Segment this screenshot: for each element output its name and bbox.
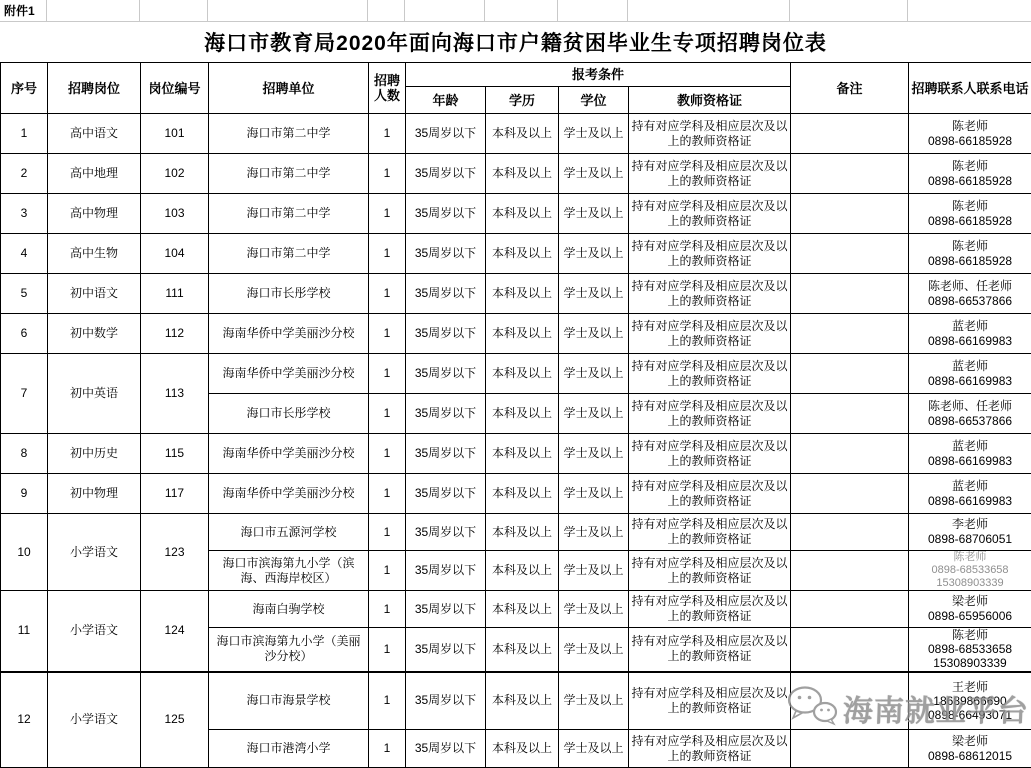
col-header-index: 序号 <box>1 63 48 114</box>
cell-count: 1 <box>369 474 406 514</box>
cell-degree: 学士及以上 <box>559 354 629 394</box>
cell-code: 113 <box>141 354 209 434</box>
cell-index: 8 <box>1 434 48 474</box>
cell-certificate: 持有对应学科及相应层次及以上的教师资格证 <box>629 514 791 551</box>
sheet-cell <box>558 0 628 22</box>
col-header-education: 学历 <box>486 87 559 114</box>
cell-count: 1 <box>369 154 406 194</box>
cell-remark <box>791 514 909 551</box>
cell-education: 本科及以上 <box>486 672 559 730</box>
cell-certificate: 持有对应学科及相应层次及以上的教师资格证 <box>629 551 791 591</box>
cell-certificate: 持有对应学科及相应层次及以上的教师资格证 <box>629 194 791 234</box>
cell-education: 本科及以上 <box>486 514 559 551</box>
cell-unit: 海口市港湾小学 <box>209 730 369 768</box>
col-header-contact: 招聘联系人联系电话 <box>909 63 1031 114</box>
cell-unit: 海口市第二中学 <box>209 154 369 194</box>
cell-unit: 海口市滨海第九小学（滨海、西海岸校区） <box>209 551 369 591</box>
cell-unit: 海南华侨中学美丽沙分校 <box>209 434 369 474</box>
cell-position: 初中历史 <box>48 434 141 474</box>
cell-unit: 海口市第二中学 <box>209 194 369 234</box>
cell-unit: 海口市第二中学 <box>209 114 369 154</box>
sheet-cell <box>47 0 140 22</box>
cell-contact: 陈老师 0898-66185928 <box>909 114 1031 154</box>
col-header-code: 岗位编号 <box>141 63 209 114</box>
cell-position: 小学语文 <box>48 514 141 591</box>
cell-remark <box>791 234 909 274</box>
cell-code: 103 <box>141 194 209 234</box>
cell-code: 117 <box>141 474 209 514</box>
sheet-cell <box>405 0 485 22</box>
cell-age: 35周岁以下 <box>406 234 486 274</box>
sheet-cell <box>208 0 368 22</box>
cell-count: 1 <box>369 394 406 434</box>
cell-certificate: 持有对应学科及相应层次及以上的教师资格证 <box>629 354 791 394</box>
cell-contact: 王老师 18689866690 0898-66493071 <box>909 672 1031 730</box>
cell-remark <box>791 274 909 314</box>
table-row: 10 小学语文 123 海口市五源河学校 1 35周岁以下 本科及以上 学士及以… <box>1 514 1031 551</box>
cell-age: 35周岁以下 <box>406 114 486 154</box>
cell-contact: 蓝老师 0898-66169983 <box>909 434 1031 474</box>
table-row: 7 初中英语 113 海南华侨中学美丽沙分校 1 35周岁以下 本科及以上 学士… <box>1 354 1031 394</box>
cell-education: 本科及以上 <box>486 274 559 314</box>
cell-remark <box>791 551 909 591</box>
cell-education: 本科及以上 <box>486 394 559 434</box>
table-row: 2 高中地理 102 海口市第二中学 1 35周岁以下 本科及以上 学士及以上 … <box>1 154 1031 194</box>
cell-count: 1 <box>369 628 406 672</box>
cell-degree: 学士及以上 <box>559 274 629 314</box>
cell-index: 5 <box>1 274 48 314</box>
cell-age: 35周岁以下 <box>406 154 486 194</box>
col-header-position: 招聘岗位 <box>48 63 141 114</box>
cell-position: 初中英语 <box>48 354 141 434</box>
cell-index: 7 <box>1 354 48 434</box>
cell-education: 本科及以上 <box>486 730 559 768</box>
cell-unit: 海口市滨海第九小学（美丽沙分校） <box>209 628 369 672</box>
cell-position: 小学语文 <box>48 672 141 768</box>
cell-index: 11 <box>1 591 48 672</box>
cell-degree: 学士及以上 <box>559 672 629 730</box>
header-row: 序号 招聘岗位 岗位编号 招聘单位 招聘人数 报考条件 备注 招聘联系人联系电话 <box>1 63 1031 87</box>
cell-index: 1 <box>1 114 48 154</box>
cell-count: 1 <box>369 274 406 314</box>
cell-education: 本科及以上 <box>486 154 559 194</box>
table-row: 4 高中生物 104 海口市第二中学 1 35周岁以下 本科及以上 学士及以上 … <box>1 234 1031 274</box>
cell-age: 35周岁以下 <box>406 514 486 551</box>
cell-degree: 学士及以上 <box>559 234 629 274</box>
cell-age: 35周岁以下 <box>406 314 486 354</box>
col-header-certificate: 教师资格证 <box>629 87 791 114</box>
sheet-cell <box>628 0 790 22</box>
cell-degree: 学士及以上 <box>559 628 629 672</box>
table-row: 5 初中语文 111 海口市长彤学校 1 35周岁以下 本科及以上 学士及以上 … <box>1 274 1031 314</box>
cell-code: 123 <box>141 514 209 591</box>
cell-age: 35周岁以下 <box>406 672 486 730</box>
cell-contact: 梁老师 0898-68612015 <box>909 730 1031 768</box>
cell-certificate: 持有对应学科及相应层次及以上的教师资格证 <box>629 672 791 730</box>
cell-age: 35周岁以下 <box>406 274 486 314</box>
table-row: 3 高中物理 103 海口市第二中学 1 35周岁以下 本科及以上 学士及以上 … <box>1 194 1031 234</box>
table-row: 1 高中语文 101 海口市第二中学 1 35周岁以下 本科及以上 学士及以上 … <box>1 114 1031 154</box>
cell-age: 35周岁以下 <box>406 354 486 394</box>
cell-degree: 学士及以上 <box>559 514 629 551</box>
cell-certificate: 持有对应学科及相应层次及以上的教师资格证 <box>629 591 791 628</box>
cell-contact: 蓝老师 0898-66169983 <box>909 474 1031 514</box>
sheet-grid-strip: 附件1 <box>0 0 1031 22</box>
cell-degree: 学士及以上 <box>559 591 629 628</box>
cell-education: 本科及以上 <box>486 591 559 628</box>
cell-contact: 梁老师 0898-65956006 <box>909 591 1031 628</box>
cell-unit: 海口市海景学校 <box>209 672 369 730</box>
cell-unit: 海口市五源河学校 <box>209 514 369 551</box>
cell-education: 本科及以上 <box>486 234 559 274</box>
cell-remark <box>791 474 909 514</box>
cell-count: 1 <box>369 434 406 474</box>
cell-code: 104 <box>141 234 209 274</box>
table-row: 9 初中物理 117 海南华侨中学美丽沙分校 1 35周岁以下 本科及以上 学士… <box>1 474 1031 514</box>
cell-count: 1 <box>369 354 406 394</box>
cell-position: 初中物理 <box>48 474 141 514</box>
cell-remark <box>791 154 909 194</box>
cell-count: 1 <box>369 591 406 628</box>
cell-contact: 陈老师 0898-66185928 <box>909 194 1031 234</box>
table-row: 8 初中历史 115 海南华侨中学美丽沙分校 1 35周岁以下 本科及以上 学士… <box>1 434 1031 474</box>
cell-remark <box>791 672 909 730</box>
cell-unit: 海南华侨中学美丽沙分校 <box>209 474 369 514</box>
cell-contact: 陈老师、任老师 0898-66537866 <box>909 394 1031 434</box>
cell-certificate: 持有对应学科及相应层次及以上的教师资格证 <box>629 394 791 434</box>
cell-age: 35周岁以下 <box>406 730 486 768</box>
cell-contact: 李老师 0898-68706051 <box>909 514 1031 551</box>
cell-contact: 陈老师、任老师 0898-66537866 <box>909 274 1031 314</box>
page-title: 海口市教育局2020年面向海口市户籍贫困毕业生专项招聘岗位表 <box>204 27 827 57</box>
cell-age: 35周岁以下 <box>406 394 486 434</box>
cell-index: 6 <box>1 314 48 354</box>
cell-count: 1 <box>369 551 406 591</box>
cell-remark <box>791 591 909 628</box>
cell-certificate: 持有对应学科及相应层次及以上的教师资格证 <box>629 154 791 194</box>
cell-degree: 学士及以上 <box>559 434 629 474</box>
cell-contact: 蓝老师 0898-66169983 <box>909 314 1031 354</box>
col-header-remark: 备注 <box>791 63 909 114</box>
cell-count: 1 <box>369 114 406 154</box>
sheet-cell <box>485 0 558 22</box>
cell-contact: 蓝老师 0898-66169983 <box>909 354 1031 394</box>
document-page: 附件1 海口市教育局2020年面向海口市户籍贫困毕业生专项招聘岗位表 序号 招聘… <box>0 0 1031 768</box>
col-header-conditions: 报考条件 <box>406 63 791 87</box>
col-header-count: 招聘人数 <box>369 63 406 114</box>
cell-contact: 陈老师 0898-66185928 <box>909 154 1031 194</box>
table-row: 6 初中数学 112 海南华侨中学美丽沙分校 1 35周岁以下 本科及以上 学士… <box>1 314 1031 354</box>
sheet-cell <box>790 0 908 22</box>
sheet-cell <box>140 0 208 22</box>
cell-degree: 学士及以上 <box>559 114 629 154</box>
cell-certificate: 持有对应学科及相应层次及以上的教师资格证 <box>629 730 791 768</box>
cell-education: 本科及以上 <box>486 474 559 514</box>
cell-index: 4 <box>1 234 48 274</box>
cell-unit: 海口市长彤学校 <box>209 274 369 314</box>
attachment-label: 附件1 <box>0 2 35 19</box>
cell-education: 本科及以上 <box>486 551 559 591</box>
col-header-degree: 学位 <box>559 87 629 114</box>
cell-count: 1 <box>369 514 406 551</box>
cell-position: 高中地理 <box>48 154 141 194</box>
cell-certificate: 持有对应学科及相应层次及以上的教师资格证 <box>629 114 791 154</box>
cell-position: 高中语文 <box>48 114 141 154</box>
cell-position: 高中生物 <box>48 234 141 274</box>
cell-remark <box>791 114 909 154</box>
cell-remark <box>791 628 909 672</box>
cell-count: 1 <box>369 194 406 234</box>
cell-unit: 海南华侨中学美丽沙分校 <box>209 314 369 354</box>
sheet-cell <box>368 0 405 22</box>
cell-code: 102 <box>141 154 209 194</box>
cell-degree: 学士及以上 <box>559 194 629 234</box>
table-row: 11 小学语文 124 海南白驹学校 1 35周岁以下 本科及以上 学士及以上 … <box>1 591 1031 628</box>
cell-position: 小学语文 <box>48 591 141 672</box>
recruitment-table: 序号 招聘岗位 岗位编号 招聘单位 招聘人数 报考条件 备注 招聘联系人联系电话… <box>0 62 1031 768</box>
cell-position: 初中数学 <box>48 314 141 354</box>
cell-age: 35周岁以下 <box>406 434 486 474</box>
cell-age: 35周岁以下 <box>406 474 486 514</box>
cell-code: 111 <box>141 274 209 314</box>
cell-certificate: 持有对应学科及相应层次及以上的教师资格证 <box>629 628 791 672</box>
cell-degree: 学士及以上 <box>559 551 629 591</box>
cell-count: 1 <box>369 672 406 730</box>
cell-certificate: 持有对应学科及相应层次及以上的教师资格证 <box>629 234 791 274</box>
cell-degree: 学士及以上 <box>559 474 629 514</box>
cell-certificate: 持有对应学科及相应层次及以上的教师资格证 <box>629 274 791 314</box>
cell-education: 本科及以上 <box>486 354 559 394</box>
cell-position: 高中物理 <box>48 194 141 234</box>
cell-count: 1 <box>369 314 406 354</box>
cell-degree: 学士及以上 <box>559 154 629 194</box>
cell-unit: 海南华侨中学美丽沙分校 <box>209 354 369 394</box>
cell-index: 2 <box>1 154 48 194</box>
cell-index: 9 <box>1 474 48 514</box>
cell-remark <box>791 354 909 394</box>
cell-contact: 陈老师 0898-68533658 15308903339 <box>909 628 1031 672</box>
sheet-cell <box>908 0 1031 22</box>
cell-unit: 海南白驹学校 <box>209 591 369 628</box>
cell-code: 112 <box>141 314 209 354</box>
cell-age: 35周岁以下 <box>406 194 486 234</box>
cell-education: 本科及以上 <box>486 194 559 234</box>
cell-index: 12 <box>1 672 48 768</box>
cell-remark <box>791 314 909 354</box>
cell-education: 本科及以上 <box>486 314 559 354</box>
cell-contact: 陈老师 0898-66185928 <box>909 234 1031 274</box>
cell-unit: 海口市第二中学 <box>209 234 369 274</box>
table-row: 12 小学语文 125 海口市海景学校 1 35周岁以下 本科及以上 学士及以上… <box>1 672 1031 730</box>
col-header-unit: 招聘单位 <box>209 63 369 114</box>
cell-index: 10 <box>1 514 48 591</box>
cell-certificate: 持有对应学科及相应层次及以上的教师资格证 <box>629 314 791 354</box>
cell-age: 35周岁以下 <box>406 628 486 672</box>
cell-education: 本科及以上 <box>486 628 559 672</box>
cell-code: 101 <box>141 114 209 154</box>
cell-education: 本科及以上 <box>486 434 559 474</box>
cell-remark <box>791 194 909 234</box>
cell-code: 115 <box>141 434 209 474</box>
cell-count: 1 <box>369 730 406 768</box>
cell-remark <box>791 434 909 474</box>
cell-code: 125 <box>141 672 209 768</box>
cell-remark <box>791 730 909 768</box>
cell-certificate: 持有对应学科及相应层次及以上的教师资格证 <box>629 434 791 474</box>
cell-degree: 学士及以上 <box>559 394 629 434</box>
cell-index: 3 <box>1 194 48 234</box>
cell-age: 35周岁以下 <box>406 551 486 591</box>
cell-education: 本科及以上 <box>486 114 559 154</box>
cell-unit: 海口市长彤学校 <box>209 394 369 434</box>
col-header-age: 年龄 <box>406 87 486 114</box>
cell-degree: 学士及以上 <box>559 314 629 354</box>
cell-age: 35周岁以下 <box>406 591 486 628</box>
cell-remark <box>791 394 909 434</box>
cell-count: 1 <box>369 234 406 274</box>
cell-contact: 陈老师 0898-68533658 15308903339 <box>909 551 1031 591</box>
cell-position: 初中语文 <box>48 274 141 314</box>
cell-certificate: 持有对应学科及相应层次及以上的教师资格证 <box>629 474 791 514</box>
cell-degree: 学士及以上 <box>559 730 629 768</box>
cell-code: 124 <box>141 591 209 672</box>
